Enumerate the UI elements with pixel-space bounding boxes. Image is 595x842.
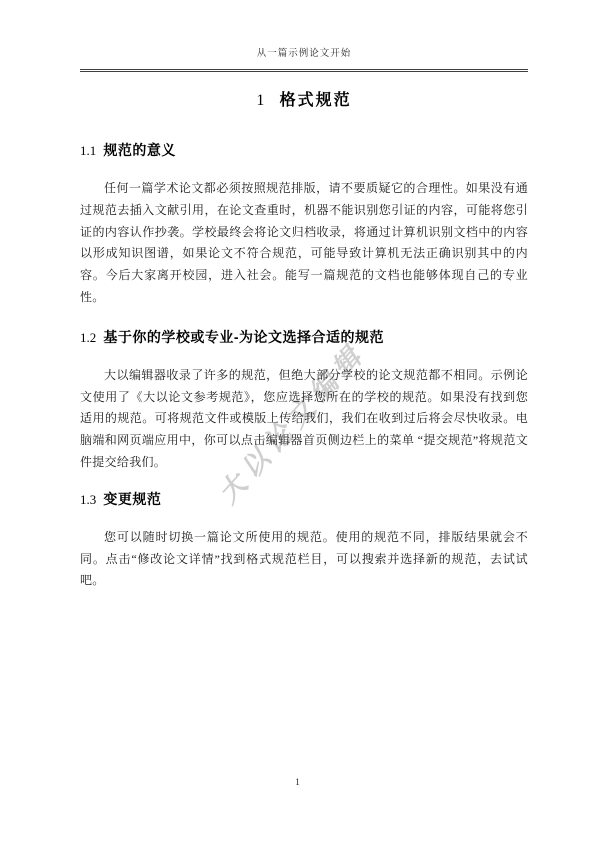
header-double-rule xyxy=(80,69,528,72)
section-heading-text: 规范的意义 xyxy=(103,142,176,158)
section-heading: 1.1规范的意义 xyxy=(80,141,528,161)
section-number: 1.3 xyxy=(80,492,96,507)
section-1-2: 1.2基于你的学校或专业-为论文选择合适的规范 大以编辑器收录了许多的规范，但绝… xyxy=(80,328,528,474)
section-heading: 1.3变更规范 xyxy=(80,490,528,510)
section-body: 大以编辑器收录了许多的规范，但绝大部分学校的论文规范都不相同。示例论文使用了《大… xyxy=(80,365,528,474)
section-number: 1.1 xyxy=(80,143,96,158)
chapter-title-text: 格式规范 xyxy=(280,92,352,109)
chapter-title: 1格式规范 xyxy=(80,90,528,112)
section-1-3: 1.3变更规范 您可以随时切换一篇论文所使用的规范。使用的规范不同，排版结果就会… xyxy=(80,490,528,592)
running-header-title: 从一篇示例论文开始 xyxy=(80,48,528,60)
section-body: 您可以随时切换一篇论文所使用的规范。使用的规范不同，排版结果就会不同。点击“修改… xyxy=(80,527,528,592)
document-page: 大以论文编辑 从一篇示例论文开始 1格式规范 1.1规范的意义 任何一篇学术论文… xyxy=(0,0,595,842)
section-heading: 1.2基于你的学校或专业-为论文选择合适的规范 xyxy=(80,328,528,348)
section-1-1: 1.1规范的意义 任何一篇学术论文都必须按照规范排版，请不要质疑它的合理性。如果… xyxy=(80,141,528,309)
section-body: 任何一篇学术论文都必须按照规范排版，请不要质疑它的合理性。如果没有通过规范去插入… xyxy=(80,178,528,309)
chapter-number: 1 xyxy=(256,92,264,109)
page-number: 1 xyxy=(0,778,595,788)
section-heading-text: 变更规范 xyxy=(103,491,161,507)
section-number: 1.2 xyxy=(80,330,96,345)
section-heading-text: 基于你的学校或专业-为论文选择合适的规范 xyxy=(103,329,384,345)
running-header: 从一篇示例论文开始 xyxy=(80,48,528,72)
